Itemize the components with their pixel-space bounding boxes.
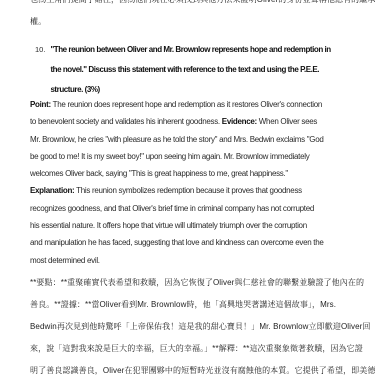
text-line: Bedwin再次見到他時驚呼「上帝保佑我！這是我的甜心寶貝！」Mr. Brown… — [30, 316, 349, 338]
text-line: Mr. Brownlow, he cries "with pleasure as… — [30, 131, 349, 148]
answer-paragraph-english: Point: The reunion does represent hope a… — [30, 96, 349, 269]
text-line: 來，說「這對我來說是巨大的幸福，巨大的幸福。」**解釋：**這次重聚象徵著救贖，… — [30, 338, 349, 360]
text-line: most determined evil. — [30, 252, 349, 269]
text-line: the novel." Discuss this statement with … — [50, 60, 330, 80]
text-line: and manipulation he has faced, suggestin… — [30, 234, 349, 251]
text-segment: be good to me! It is my sweet boy!" upon… — [30, 152, 309, 161]
text-line: be good to me! It is my sweet boy!" upon… — [30, 148, 349, 165]
text-segment: Mr. Brownlow, he cries "with pleasure as… — [30, 135, 324, 144]
text-line: recognizes goodness, and that Oliver's b… — [30, 200, 349, 217]
text-line: welcomes Oliver back, saying "This is gr… — [30, 165, 349, 182]
bold-text-segment: Point: — [30, 100, 51, 109]
text-segment: and manipulation he has faced, suggestin… — [30, 238, 324, 247]
text-line: Point: The reunion does represent hope a… — [30, 96, 349, 113]
answer-paragraph-chinese: **要點：**重聚確實代表希望和救贖，因為它恢復了Oliver與仁慈社會的聯繫並… — [30, 272, 349, 375]
bold-text-segment: Evidence: — [222, 117, 257, 126]
question-number: 10. — [35, 40, 45, 60]
text-segment: his essential nature. It offers hope tha… — [30, 221, 307, 230]
bold-text-segment: Explanation: — [30, 186, 74, 195]
text-line: "The reunion between Oliver and Mr. Brow… — [50, 40, 330, 60]
document-page: { "page": { "background": "#ffffff", "te… — [0, 0, 375, 375]
text-segment: This reunion symbolizes redemption becau… — [74, 186, 301, 195]
text-line: 也為主角們提高了賭注，因為他們現在必須找到其他方法來證明Oliver的身份並聲稱… — [30, 0, 349, 11]
intro-paragraph-chinese: 也為主角們提高了賭注，因為他們現在必須找到其他方法來證明Oliver的身份並聲稱… — [30, 0, 349, 33]
text-segment: The reunion does represent hope and rede… — [51, 100, 322, 109]
text-segment: to benevolent society and validates his … — [30, 117, 222, 126]
question-text: "The reunion between Oliver and Mr. Brow… — [50, 40, 330, 100]
text-line: to benevolent society and validates his … — [30, 113, 349, 130]
question-10: 10. "The reunion between Oliver and Mr. … — [35, 40, 349, 100]
text-line: **要點：**重聚確實代表希望和救贖，因為它恢復了Oliver與仁慈社會的聯繫並… — [30, 272, 349, 294]
text-line: his essential nature. It offers hope tha… — [30, 217, 349, 234]
text-line: 善良。**證據：**當Oliver看到Mr. Brownlow時，他「高興地哭著… — [30, 294, 349, 316]
text-segment: recognizes goodness, and that Oliver's b… — [30, 204, 314, 213]
text-line: Explanation: This reunion symbolizes red… — [30, 182, 349, 199]
text-segment: most determined evil. — [30, 256, 100, 265]
text-line: 明了善良認識善良，Oliver在犯罪團夥中的短暫時光並沒有腐蝕他的本質。它提供了… — [30, 360, 349, 375]
text-segment: When Oliver sees — [257, 117, 317, 126]
text-line: 權。 — [30, 11, 349, 33]
text-segment: welcomes Oliver back, saying "This is gr… — [30, 169, 288, 178]
